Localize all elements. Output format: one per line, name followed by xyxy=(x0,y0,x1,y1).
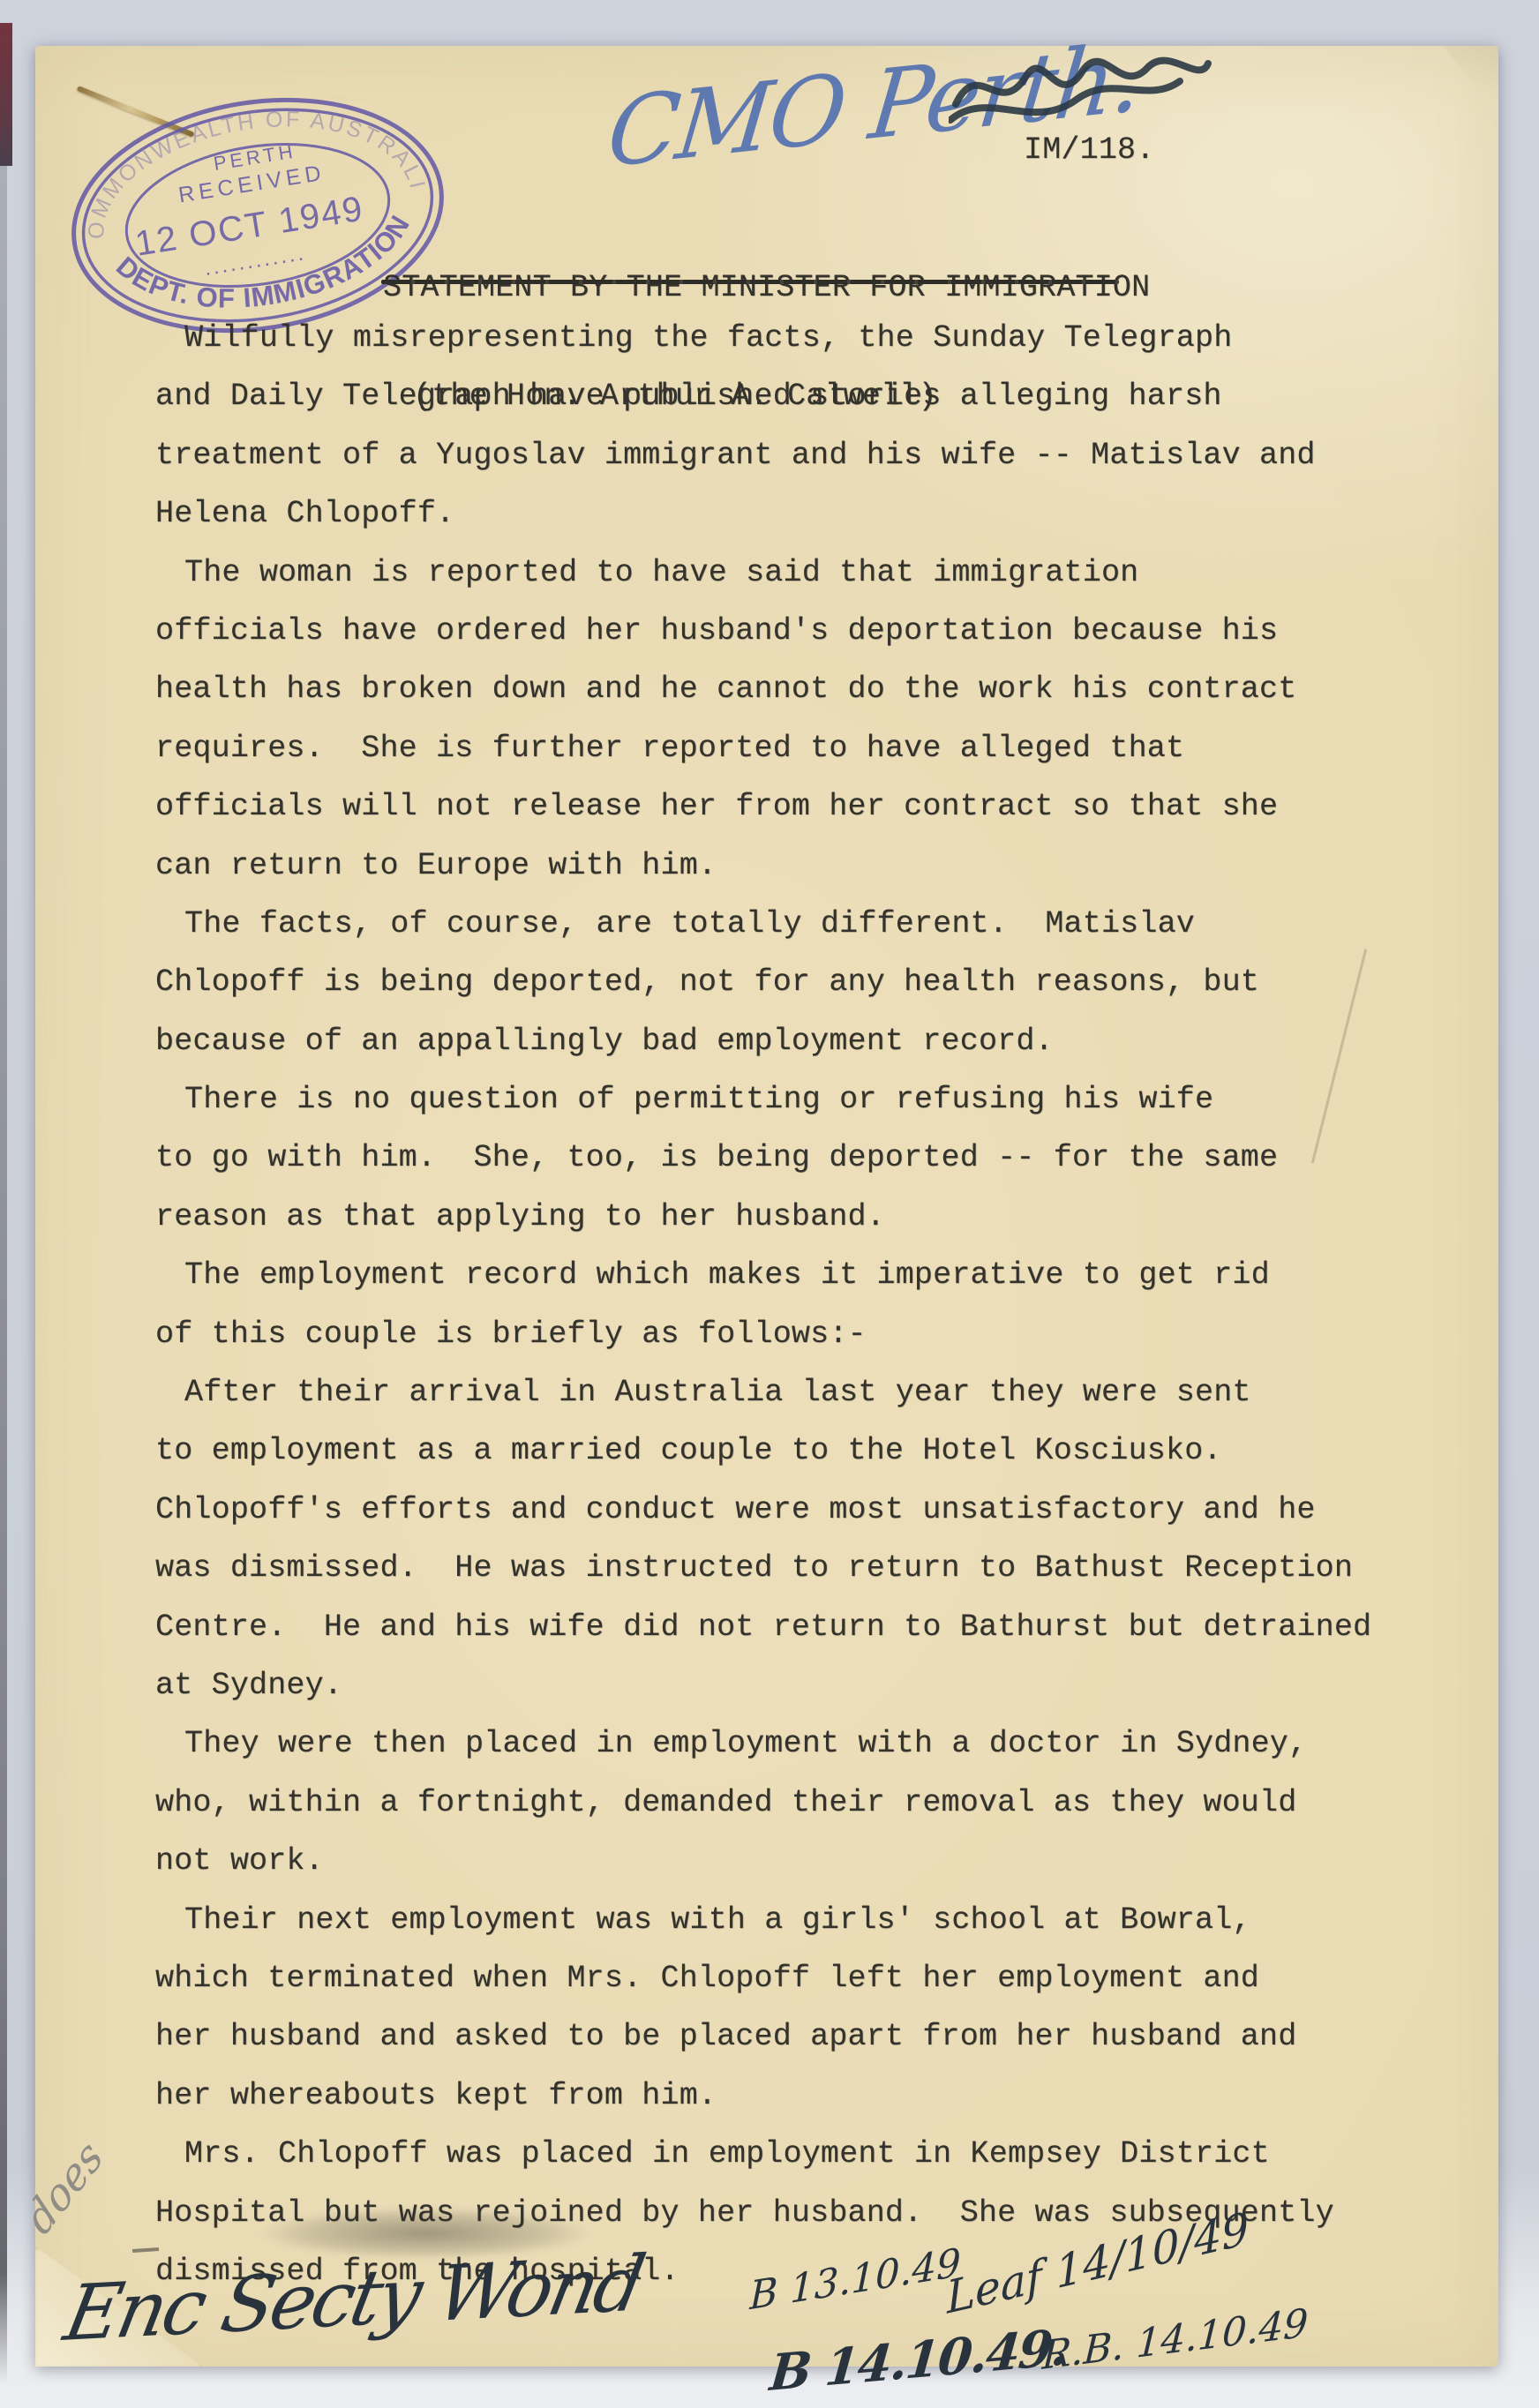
document-body: Wilfully misrepresenting the facts, the … xyxy=(155,309,1371,2300)
typed-line: reason as that applying to her husband. xyxy=(155,1188,1371,1246)
typed-line: health has broken down and he cannot do … xyxy=(155,660,1371,718)
typed-line: her husband and asked to be placed apart… xyxy=(155,2007,1371,2066)
title-line-1: STATEMENT BY THE MINISTER FOR IMMIGRATIO… xyxy=(383,270,1150,306)
typed-line: because of an appallingly bad employment… xyxy=(155,1012,1371,1070)
typed-line: who, within a fortnight, demanded their … xyxy=(155,1774,1371,1832)
typed-line: not work. xyxy=(155,1832,1371,1890)
typed-line: to employment as a married couple to the… xyxy=(155,1422,1371,1480)
typed-line: officials will not release her from her … xyxy=(155,777,1371,836)
typed-line: The facts, of course, are totally differ… xyxy=(155,895,1371,953)
title-underline xyxy=(381,280,1119,284)
typed-line: of this couple is briefly as follows:- xyxy=(155,1305,1371,1363)
typed-line: Wilfully misrepresenting the facts, the … xyxy=(155,309,1371,367)
file-reference: IM/118. xyxy=(1024,132,1154,168)
typed-line: Mrs. Chlopoff was placed in employment i… xyxy=(155,2125,1371,2183)
typed-line: and Daily Telegraph have published stori… xyxy=(155,367,1371,425)
typed-line: can return to Europe with him. xyxy=(155,836,1371,895)
typed-line: Helena Chlopoff. xyxy=(155,484,1371,543)
typed-line: Centre. He and his wife did not return t… xyxy=(155,1598,1371,1656)
typed-line: Their next employment was with a girls' … xyxy=(155,1891,1371,1949)
scanner-background: COMMONWEALTH OF AUSTRALIA PERTH RECEIVED… xyxy=(0,0,1539,2408)
typed-line: After their arrival in Australia last ye… xyxy=(155,1363,1371,1422)
scan-left-edge-binding xyxy=(0,23,12,166)
typed-line: treatment of a Yugoslav immigrant and hi… xyxy=(155,426,1371,484)
typed-line: to go with him. She, too, is being depor… xyxy=(155,1129,1371,1187)
typed-line: at Sydney. xyxy=(155,1656,1371,1714)
typed-line: Chlopoff's efforts and conduct were most… xyxy=(155,1481,1371,1539)
typed-line: Chlopoff is being deported, not for any … xyxy=(155,953,1371,1011)
typed-line: requires. She is further reported to hav… xyxy=(155,719,1371,777)
typed-line: There is no question of permitting or re… xyxy=(155,1070,1371,1129)
ink-scribble xyxy=(949,35,1213,131)
typed-line: The woman is reported to have said that … xyxy=(155,544,1371,602)
top-right-corner-fold xyxy=(1444,46,1498,118)
typed-line: officials have ordered her husband's dep… xyxy=(155,602,1371,660)
typed-line: her whereabouts kept from him. xyxy=(155,2067,1371,2125)
typed-line: was dismissed. He was instructed to retu… xyxy=(155,1539,1371,1597)
typed-line: They were then placed in employment with… xyxy=(155,1714,1371,1773)
typed-line: The employment record which makes it imp… xyxy=(155,1246,1371,1304)
typed-line: which terminated when Mrs. Chlopoff left… xyxy=(155,1949,1371,2007)
scan-left-edge-shadow xyxy=(0,159,7,2384)
